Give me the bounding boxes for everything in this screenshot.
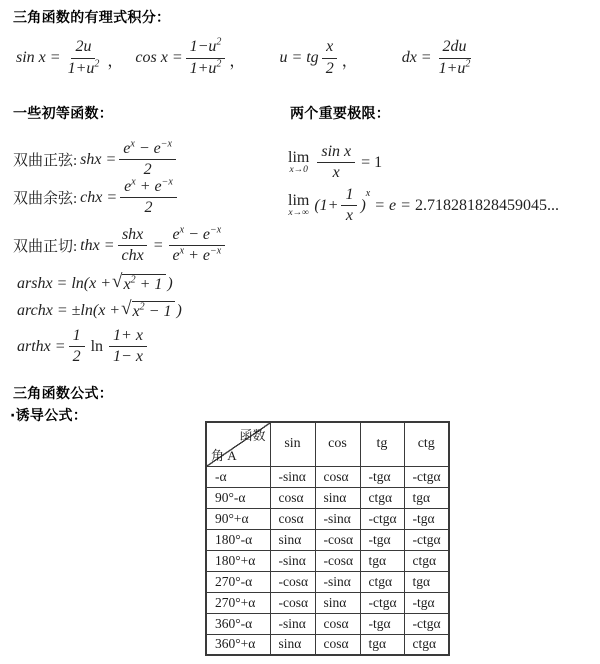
value-cell: cosα xyxy=(270,508,315,529)
fraction: shx chx xyxy=(118,226,148,266)
table-row: 360°-α-sinαcosα-tgα-ctgα xyxy=(206,613,449,634)
angle-cell: 270°+α xyxy=(206,592,270,613)
formula-lhs: dx = xyxy=(402,49,432,67)
square-root: √ x2 − 1 xyxy=(121,301,175,321)
math-formula-page: 三角函数的有理式积分： sin x = 2u 1+u2 ， cos x = 1−… xyxy=(0,0,600,664)
column-header-ctg: ctg xyxy=(404,422,449,466)
value-cell: -sinα xyxy=(270,550,315,571)
formula-lhs: chx = xyxy=(80,189,117,207)
arsh-formula: arshx = ln(x + √ x2 + 1 ) xyxy=(17,274,173,294)
value-cell: -tgα xyxy=(404,508,449,529)
column-header-sin: sin xyxy=(270,422,315,466)
value-cell: -cosα xyxy=(315,550,360,571)
fraction: 1+ x 1− x xyxy=(109,327,147,367)
value-cell: -tgα xyxy=(360,529,404,550)
value-cell: sinα xyxy=(315,592,360,613)
trig-formulas-heading: 三角函数公式： xyxy=(13,383,113,403)
tanh-label: 双曲正切: xyxy=(13,235,77,256)
value-cell: -cosα xyxy=(270,592,315,613)
table-row: 180°-αsinα-cosα-tgα-ctgα xyxy=(206,529,449,550)
value-cell: sinα xyxy=(315,487,360,508)
value-cell: -ctgα xyxy=(404,529,449,550)
value-cell: -ctgα xyxy=(360,508,404,529)
value-cell: tgα xyxy=(404,487,449,508)
value-cell: tgα xyxy=(360,634,404,655)
value-cell: -cosα xyxy=(270,571,315,592)
sinh-definition: 双曲正弦: shx = ex − e−x 2 xyxy=(13,140,179,180)
elementary-functions-heading: 一些初等函数： xyxy=(13,103,113,123)
sin-substitution-formula: sin x = 2u 1+u2 ， xyxy=(16,38,123,78)
value-cell: ctgα xyxy=(404,634,449,655)
dx-substitution-formula: dx = 2du 1+u2 xyxy=(402,38,478,78)
value-cell: cosα xyxy=(270,487,315,508)
value-cell: -cosα xyxy=(315,529,360,550)
arth-formula: arthx = 1 2 ln 1+ x 1− x xyxy=(17,327,150,367)
angle-cell: -α xyxy=(206,466,270,487)
formula-lhs: sin x = xyxy=(16,49,61,67)
value-cell: ctgα xyxy=(360,571,404,592)
table-row: 90°+αcosα-sinα-ctgα-tgα xyxy=(206,508,449,529)
value-cell: -sinα xyxy=(270,613,315,634)
induction-formulas-subheading: ·诱导公式： xyxy=(10,405,87,425)
square-root: √ x2 + 1 xyxy=(112,274,166,294)
column-header-cos: cos xyxy=(315,422,360,466)
corner-angle-label: 角 A xyxy=(211,445,237,464)
value-cell: -tgα xyxy=(404,592,449,613)
fraction: 2du 1+u2 xyxy=(435,38,475,78)
radical-symbol: √ xyxy=(112,272,122,291)
table-row: 270°-α-cosα-sinαctgαtgα xyxy=(206,571,449,592)
angle-cell: 90°+α xyxy=(206,508,270,529)
value-cell: -tgα xyxy=(360,613,404,634)
value-cell: -ctgα xyxy=(360,592,404,613)
fraction: 1 x xyxy=(341,186,357,226)
open-paren: (1+ xyxy=(314,197,338,215)
limit-e-definition: lim x→∞ (1+ 1 x ) x = e = 2.718281828459… xyxy=(288,186,559,226)
value-cell: cosα xyxy=(315,613,360,634)
fraction: 2u 1+u2 xyxy=(64,38,104,78)
rational-integral-heading: 三角函数的有理式积分： xyxy=(13,7,170,27)
angle-cell: 180°+α xyxy=(206,550,270,571)
value-cell: -ctgα xyxy=(404,613,449,634)
angle-cell: 270°-α xyxy=(206,571,270,592)
fraction: 1−u2 1+u2 xyxy=(186,38,226,78)
formula-lhs: thx = xyxy=(80,237,114,255)
value-cell: -sinα xyxy=(315,571,360,592)
lim-operator: lim x→∞ xyxy=(288,193,309,220)
value-cell: -tgα xyxy=(360,466,404,487)
value-cell: cosα xyxy=(315,634,360,655)
fraction: ex − e−x 2 xyxy=(119,140,176,180)
limit-sinx-over-x: lim x→0 sin x x = 1 xyxy=(288,143,382,183)
arch-formula: archx = ±ln(x + √ x2 − 1 ) xyxy=(17,301,182,321)
cosh-label: 双曲余弦: xyxy=(13,187,77,208)
table-row: 360°+αsinαcosαtgαctgα xyxy=(206,634,449,655)
angle-cell: 90°-α xyxy=(206,487,270,508)
value-cell: tgα xyxy=(404,571,449,592)
value-cell: cosα xyxy=(315,466,360,487)
value-cell: -sinα xyxy=(270,466,315,487)
radical-symbol: √ xyxy=(121,299,131,318)
value-cell: ctgα xyxy=(360,487,404,508)
formula-rhs: ) xyxy=(176,302,181,320)
table-row: 270°+α-cosαsinα-ctgα-tgα xyxy=(206,592,449,613)
angle-cell: 360°-α xyxy=(206,613,270,634)
fraction: sin x x xyxy=(317,143,355,183)
limit-value: = 1 xyxy=(361,154,382,172)
formula-lhs: u = tg xyxy=(279,49,318,67)
cos-substitution-formula: cos x = 1−u2 1+u2 ， xyxy=(135,38,245,78)
formula-lhs: cos x = xyxy=(135,49,182,67)
lim-operator: lim x→0 xyxy=(288,150,309,177)
table-row: 180°+α-sinα-cosαtgαctgα xyxy=(206,550,449,571)
table-header-row: 函数 角 A sin cos tg ctg xyxy=(206,422,449,466)
equals-sign: = xyxy=(153,237,164,255)
induction-table-body: -α-sinαcosα-tgα-ctgα90°-αcosαsinαctgαtgα… xyxy=(206,466,449,655)
fraction: ex + e−x 2 xyxy=(120,178,177,218)
value-cell: tgα xyxy=(360,550,404,571)
induction-table: 函数 角 A sin cos tg ctg -α-sinαcosα-tgα-ct… xyxy=(205,421,450,656)
tan-half-angle-formula: u = tg x 2 ， xyxy=(279,38,357,78)
value-cell: ctgα xyxy=(404,550,449,571)
formula-rhs: ) xyxy=(167,275,172,293)
cosh-definition: 双曲余弦: chx = ex + e−x 2 xyxy=(13,178,180,218)
substitution-formula-row: sin x = 2u 1+u2 ， cos x = 1−u2 1+u2 ， u … xyxy=(16,36,477,80)
table-row: -α-sinαcosα-tgα-ctgα xyxy=(206,466,449,487)
value-cell: -ctgα xyxy=(404,466,449,487)
ln-operator: ln xyxy=(91,338,103,356)
close-paren: ) xyxy=(360,197,365,215)
tanh-definition: 双曲正切: thx = shx chx = ex − e−x ex + e−x xyxy=(13,226,228,266)
equals-e: = e = xyxy=(374,197,411,215)
angle-cell: 360°+α xyxy=(206,634,270,655)
e-value: 2.718281828459045... xyxy=(415,197,559,215)
angle-cell: 180°-α xyxy=(206,529,270,550)
value-cell: -sinα xyxy=(315,508,360,529)
formula-lhs: arshx = ln(x + xyxy=(17,275,111,293)
sinh-label: 双曲正弦: xyxy=(13,149,77,170)
formula-lhs: arthx = xyxy=(17,338,66,356)
formula-lhs: archx = ±ln(x + xyxy=(17,302,120,320)
fraction: ex − e−x ex + e−x xyxy=(169,226,226,266)
column-header-tg: tg xyxy=(360,422,404,466)
value-cell: sinα xyxy=(270,529,315,550)
fraction: x 2 xyxy=(322,38,338,78)
important-limits-heading: 两个重要极限： xyxy=(290,103,390,123)
fraction: 1 2 xyxy=(69,327,85,367)
table-row: 90°-αcosαsinαctgαtgα xyxy=(206,487,449,508)
table-corner-cell: 函数 角 A xyxy=(206,422,270,466)
value-cell: sinα xyxy=(270,634,315,655)
corner-function-label: 函数 xyxy=(239,425,265,444)
formula-lhs: shx = xyxy=(80,151,116,169)
